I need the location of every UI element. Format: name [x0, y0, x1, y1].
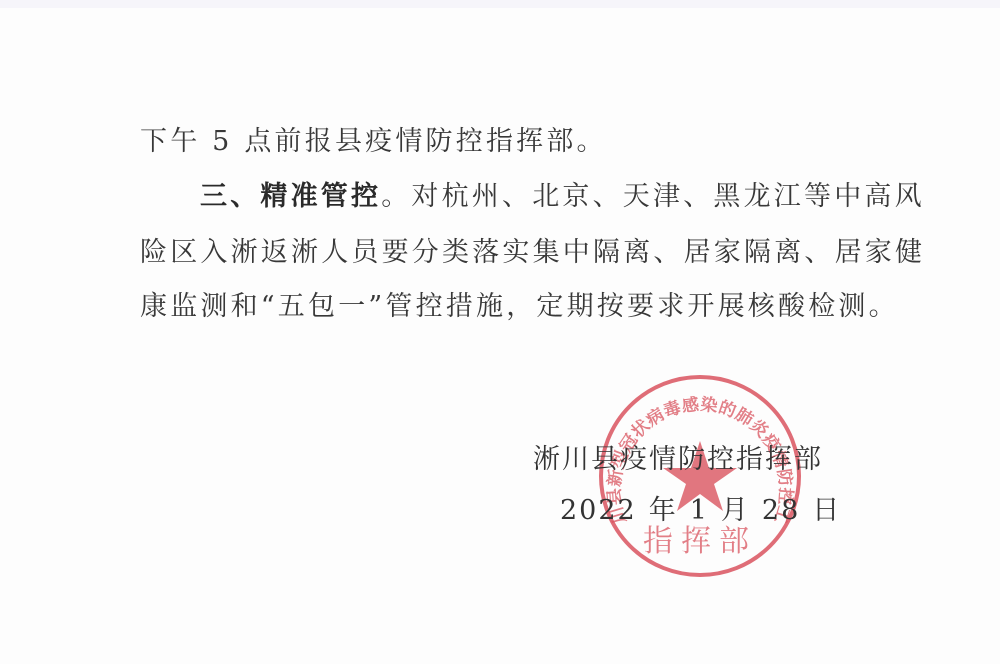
date-year-unit: 年 — [649, 495, 678, 526]
date-month-unit: 月 — [721, 495, 750, 526]
signature-date: 2022年1月28日 — [560, 494, 853, 528]
paragraph-line-2: 三、精准管控。对杭州、北京、天津、黑龙江等中高风 — [200, 180, 925, 214]
paragraph-line-1: 下午 5 点前报县疫情防控指挥部。 — [140, 125, 607, 159]
signature-organization: 淅川县疫情防控指挥部 — [533, 443, 823, 477]
seal-bottom-text: 指挥部 — [643, 524, 757, 559]
section-body-text: 。对杭州、北京、天津、黑龙江等中高风 — [381, 181, 925, 212]
date-day-unit: 日 — [812, 495, 841, 526]
date-day: 28 — [762, 495, 800, 526]
top-edge-strip — [0, 0, 1000, 8]
date-year: 2022 — [560, 495, 637, 526]
date-month: 1 — [690, 495, 709, 526]
document-page: 下午 5 点前报县疫情防控指挥部。 三、精准管控。对杭州、北京、天津、黑龙江等中… — [0, 0, 1000, 664]
paragraph-line-3: 险区入淅返淅人员要分类落实集中隔离、居家隔离、居家健 — [140, 236, 925, 270]
paragraph-line-4: 康监测和“五包一”管控措施，定期按要求开展核酸检测。 — [140, 290, 899, 324]
section-heading: 三、精准管控 — [200, 181, 381, 212]
